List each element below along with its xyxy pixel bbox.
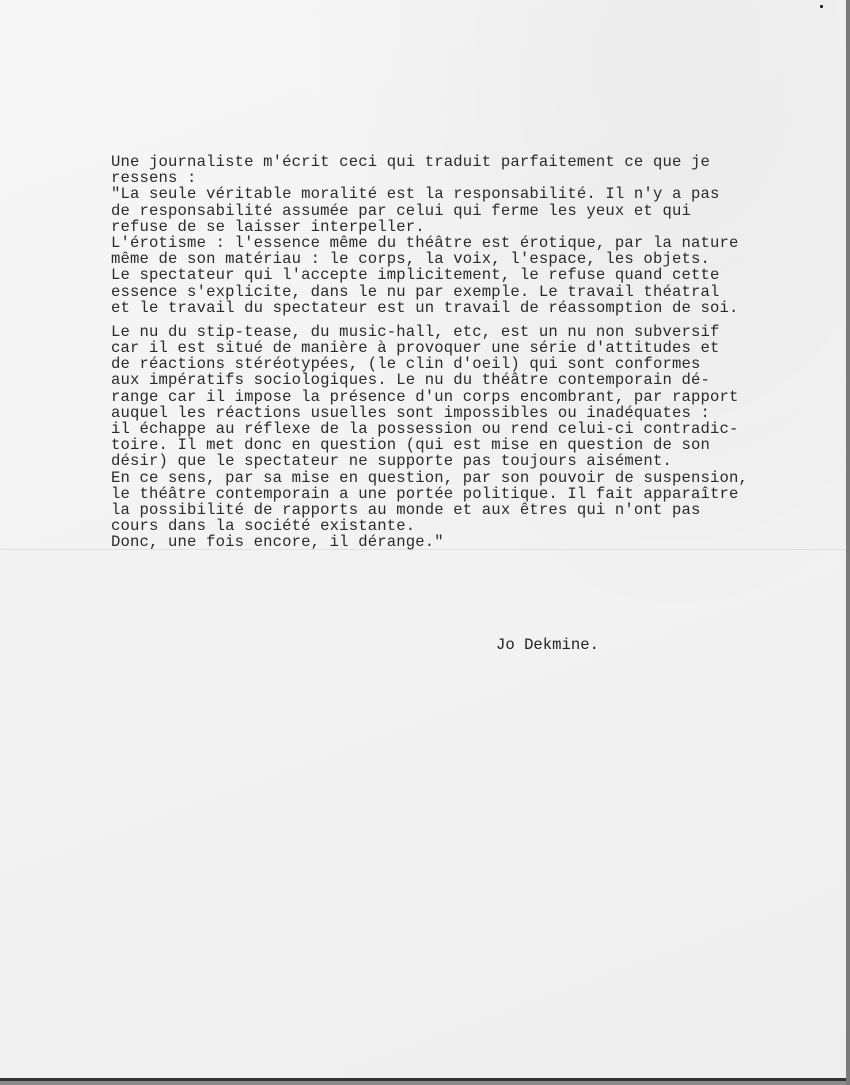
text-line: cours dans la société existante. xyxy=(111,518,811,534)
text-line: En ce sens, par sa mise en question, par… xyxy=(111,470,811,486)
text-line: Une journaliste m'écrit ceci qui traduit… xyxy=(111,154,811,170)
signature: Jo Dekmine. xyxy=(496,636,599,654)
text-line: toire. Il met donc en question (qui est … xyxy=(111,437,811,453)
text-line: car il est situé de manière à provoquer … xyxy=(111,340,811,356)
text-line: refuse de se laisser interpeller. xyxy=(111,219,811,235)
text-line: et le travail du spectateur est un trava… xyxy=(111,300,811,316)
paragraph-2: Le nu du stip-tease, du music-hall, etc,… xyxy=(111,324,811,551)
text-line: Le nu du stip-tease, du music-hall, etc,… xyxy=(111,324,811,340)
text-line: il échappe au réflexe de la possession o… xyxy=(111,421,811,437)
text-line: de réactions stéréotypées, (le clin d'oe… xyxy=(111,356,811,372)
text-line: Donc, une fois encore, il dérange." xyxy=(111,534,811,550)
scan-edge xyxy=(846,0,850,1085)
text-line: range car il impose la présence d'un cor… xyxy=(111,389,811,405)
text-line: la possibilité de rapports au monde et a… xyxy=(111,502,811,518)
text-line: de responsabilité assumée par celui qui … xyxy=(111,203,811,219)
text-line: essence s'explicite, dans le nu par exem… xyxy=(111,284,811,300)
ink-speck xyxy=(820,5,823,8)
text-line: Le spectateur qui l'accepte implicitemen… xyxy=(111,267,811,283)
text-line: le théâtre contemporain a une portée pol… xyxy=(111,486,811,502)
text-line: désir) que le spectateur ne supporte pas… xyxy=(111,453,811,469)
text-line: L'érotisme : l'essence même du théâtre e… xyxy=(111,235,811,251)
paragraph-1: Une journaliste m'écrit ceci qui traduit… xyxy=(111,154,811,316)
text-line: même de son matériau : le corps, la voix… xyxy=(111,251,811,267)
text-line: aux impératifs sociologiques. Le nu du t… xyxy=(111,372,811,388)
typed-text-body: Une journaliste m'écrit ceci qui traduit… xyxy=(111,154,811,551)
text-line: "La seule véritable moralité est la resp… xyxy=(111,186,811,202)
text-line: ressens : xyxy=(111,170,811,186)
text-line: auquel les réactions usuelles sont impos… xyxy=(111,405,811,421)
paper-page: Une journaliste m'écrit ceci qui traduit… xyxy=(0,0,848,1081)
